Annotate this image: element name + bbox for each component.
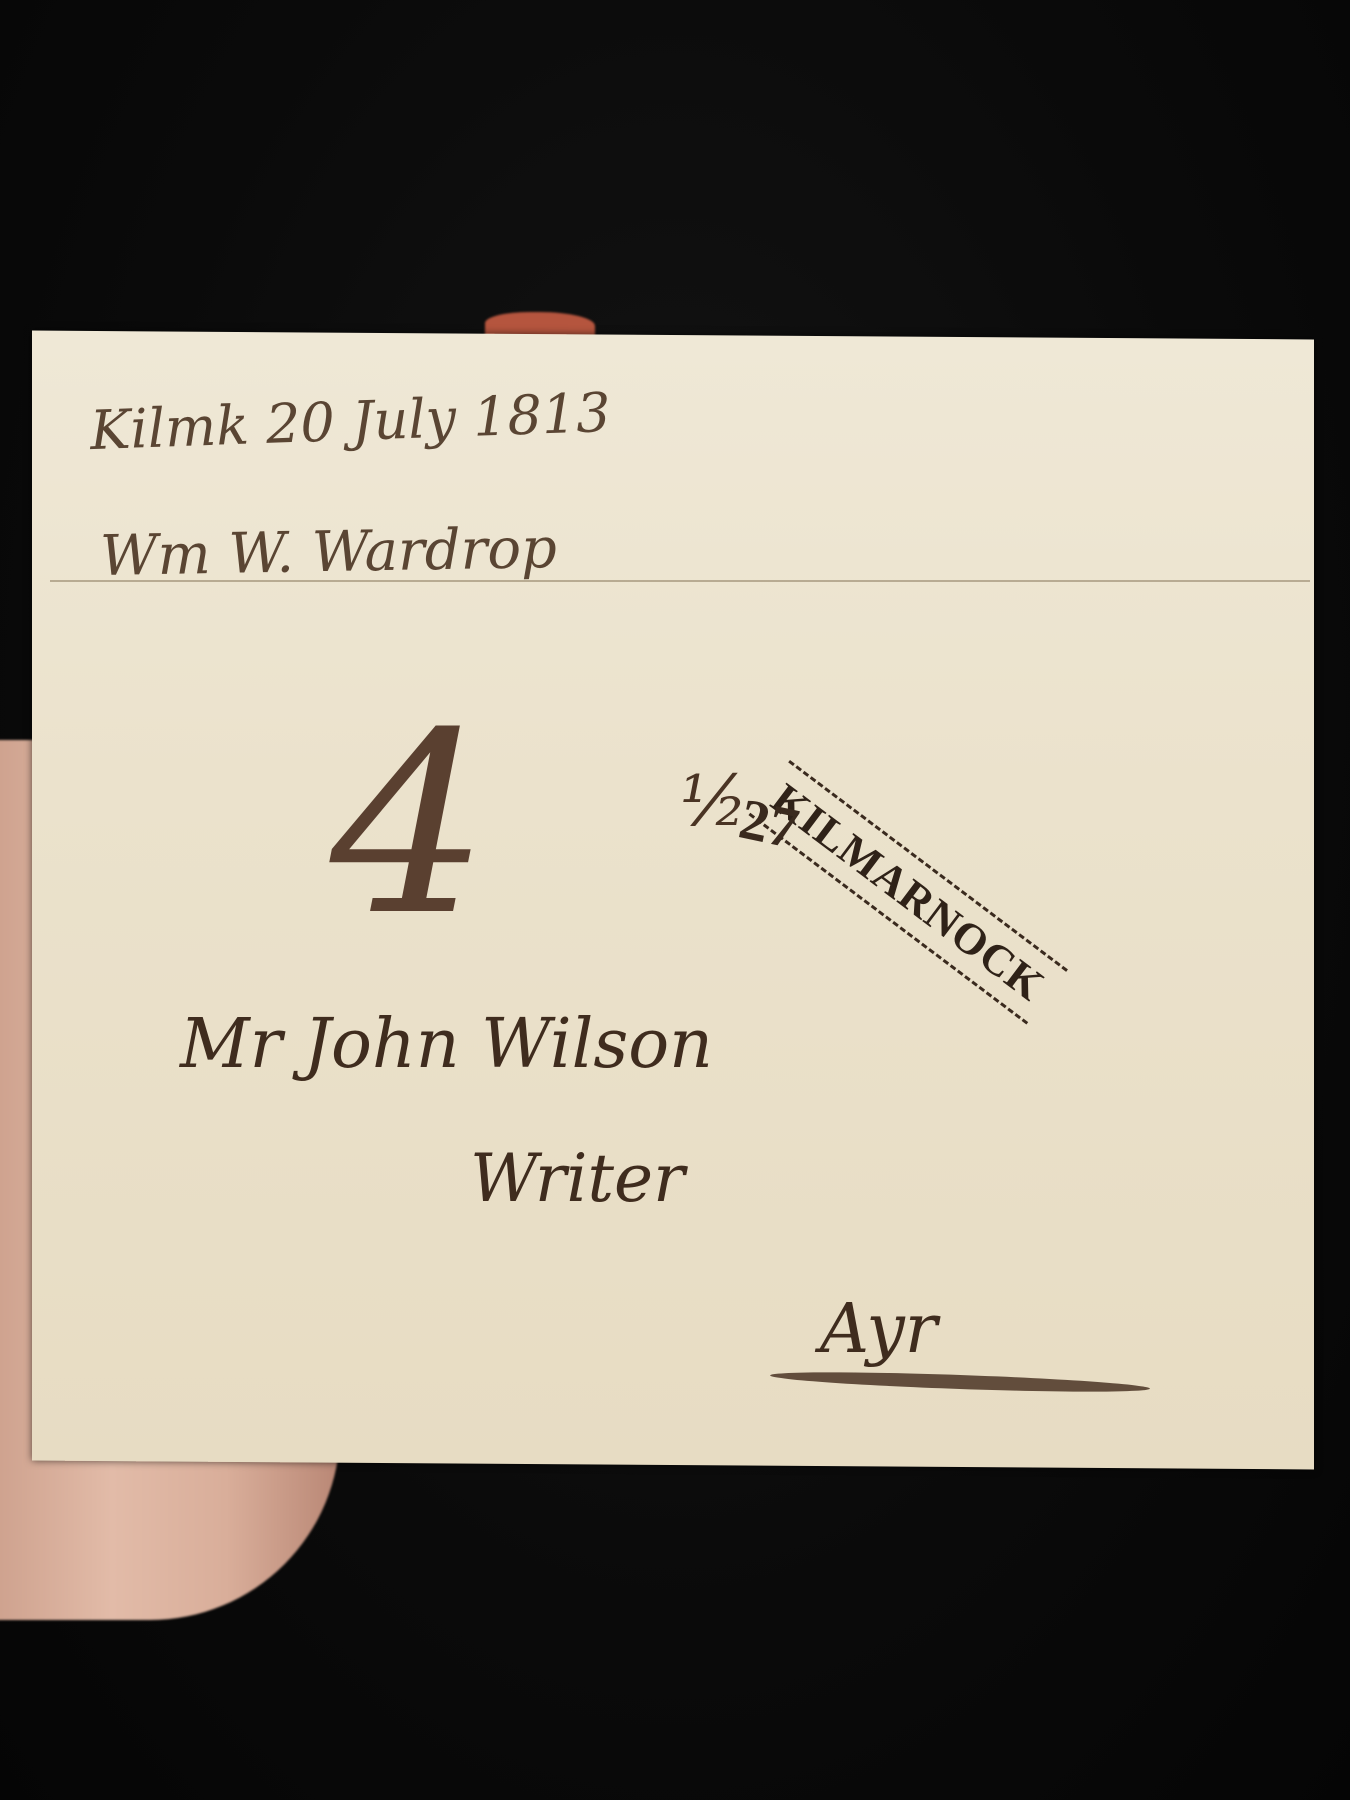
- postage-rate: 4: [330, 700, 489, 950]
- folded-letter: [32, 331, 1314, 1470]
- destination-place: Ayr: [820, 1290, 937, 1369]
- occupation: Writer: [470, 1140, 685, 1217]
- sender-name: Wm W. Wardrop: [99, 516, 557, 589]
- addressee: Mr John Wilson: [180, 1005, 713, 1084]
